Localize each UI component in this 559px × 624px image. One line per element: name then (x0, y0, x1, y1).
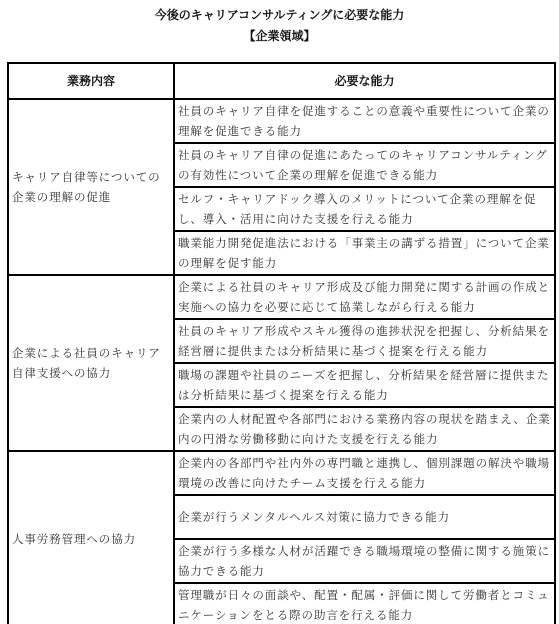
ability-cell: 企業が行うメンタルヘルス対策に協力できる能力 (174, 495, 555, 539)
ability-cell: 企業内の人材配置や各部門における業務内容の現状を踏まえ、企業内の円滑な労働移動に… (174, 407, 555, 451)
category-cell: 人事労務管理への協力 (8, 451, 174, 624)
header-business-content: 業務内容 (8, 63, 174, 99)
ability-cell: 企業が行う多様な人材が活躍できる職場環境の整備に関する施策に協力できる能力 (174, 539, 555, 583)
ability-cell: 社員のキャリア自律を促進することの意義や重要性について企業の理解を促進できる能力 (174, 99, 555, 143)
category-cell: 企業による社員のキャリア自律支援への協力 (8, 275, 174, 451)
ability-cell: 職場の課題や社員のニーズを把握し、分析結果を経営層に提供または分析結果に基づく提… (174, 363, 555, 407)
table-row: 企業による社員のキャリア自律支援への協力 企業による社員のキャリア形成及び能力開… (8, 275, 555, 319)
ability-cell: セルフ・キャリアドック導入のメリットについて企業の理解を促し、導入・活用に向けた… (174, 187, 555, 231)
ability-cell: 社員のキャリア形成やスキル獲得の進捗状況を把握し、分析結果を経営層に提供または分… (174, 319, 555, 363)
abilities-table: 業務内容 必要な能力 キャリア自律等についての企業の理解の促進 社員のキャリア自… (7, 62, 556, 624)
header-required-abilities: 必要な能力 (174, 63, 555, 99)
category-cell: キャリア自律等についての企業の理解の促進 (8, 99, 174, 275)
document-title: 今後のキャリアコンサルティングに必要な能力 (0, 6, 559, 23)
table-row: キャリア自律等についての企業の理解の促進 社員のキャリア自律を促進することの意義… (8, 99, 555, 143)
ability-cell: 職業能力開発促進法における「事業主の講ずる措置」について企業の理解を促す能力 (174, 231, 555, 275)
ability-cell: 企業による社員のキャリア形成及び能力開発に関する計画の作成と実施への協力を必要に… (174, 275, 555, 319)
table-header-row: 業務内容 必要な能力 (8, 63, 555, 99)
table-row: 人事労務管理への協力 企業内の各部門や社内外の専門職と連携し、個別課題の解決や職… (8, 451, 555, 495)
ability-cell: 管理職が日々の面談や、配置・配属・評価に関して労働者とコミュニケーションをとる際… (174, 583, 555, 624)
document-subtitle: 【企業領域】 (0, 27, 559, 44)
ability-cell: 社員のキャリア自律の促進にあたってのキャリアコンサルティングの有効性について企業… (174, 143, 555, 187)
ability-cell: 企業内の各部門や社内外の専門職と連携し、個別課題の解決や職場環境の改善に向けたチ… (174, 451, 555, 495)
